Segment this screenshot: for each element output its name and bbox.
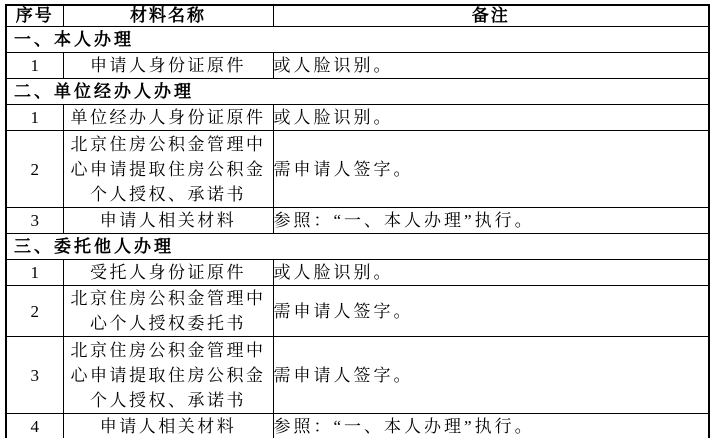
remark-cell: 参照：“一、本人办理”执行。 <box>273 414 709 438</box>
table-row: 4 申请人相关材料 参照：“一、本人办理”执行。 <box>6 414 709 438</box>
header-material-name: 材料名称 <box>63 5 273 27</box>
remark-cell: 参照：“一、本人办理”执行。 <box>273 208 709 234</box>
table-row: 3 北京住房公积金管理中心申请提取住房公积金个人授权、承诺书 需申请人签字。 <box>6 337 709 414</box>
section-header-row-agent: 二、单位经办人办理 <box>6 79 709 105</box>
table-row: 1 单位经办人身份证原件 或人脸识别。 <box>6 105 709 131</box>
table-row: 3 申请人相关材料 参照：“一、本人办理”执行。 <box>6 208 709 234</box>
table-header-row: 序号 材料名称 备注 <box>6 5 709 27</box>
section-title: 一、本人办理 <box>6 27 709 53</box>
remark-cell: 需申请人签字。 <box>273 131 709 208</box>
row-number-cell: 3 <box>6 208 63 234</box>
material-name-cell: 申请人相关材料 <box>63 208 273 234</box>
table-row: 1 申请人身份证原件 或人脸识别。 <box>6 53 709 79</box>
section-header-row-entrust: 三、委托他人办理 <box>6 234 709 260</box>
remark-cell: 需申请人签字。 <box>273 286 709 337</box>
material-name-cell: 受托人身份证原件 <box>63 260 273 286</box>
material-name-cell: 北京住房公积金管理中心申请提取住房公积金个人授权、承诺书 <box>63 337 273 414</box>
remark-cell: 需申请人签字。 <box>273 337 709 414</box>
section-title: 二、单位经办人办理 <box>6 79 709 105</box>
material-name-cell: 申请人相关材料 <box>63 414 273 438</box>
row-number-cell: 2 <box>6 131 63 208</box>
table-row: 2 北京住房公积金管理中心个人授权委托书 需申请人签字。 <box>6 286 709 337</box>
remark-cell: 或人脸识别。 <box>273 53 709 79</box>
row-number-cell: 1 <box>6 105 63 131</box>
material-name-cell: 北京住房公积金管理中心个人授权委托书 <box>63 286 273 337</box>
materials-table: 序号 材料名称 备注 一、本人办理 1 申请人身份证原件 或人脸识别。 二、单位… <box>5 4 710 438</box>
row-number-cell: 3 <box>6 337 63 414</box>
section-title: 三、委托他人办理 <box>6 234 709 260</box>
row-number-cell: 2 <box>6 286 63 337</box>
header-serial-number: 序号 <box>6 5 63 27</box>
material-name-cell: 申请人身份证原件 <box>63 53 273 79</box>
material-name-cell: 北京住房公积金管理中心申请提取住房公积金个人授权、承诺书 <box>63 131 273 208</box>
table-row: 1 受托人身份证原件 或人脸识别。 <box>6 260 709 286</box>
table-row: 2 北京住房公积金管理中心申请提取住房公积金个人授权、承诺书 需申请人签字。 <box>6 131 709 208</box>
header-remark: 备注 <box>273 5 709 27</box>
document-page: 序号 材料名称 备注 一、本人办理 1 申请人身份证原件 或人脸识别。 二、单位… <box>0 0 712 438</box>
section-header-row-self: 一、本人办理 <box>6 27 709 53</box>
remark-cell: 或人脸识别。 <box>273 105 709 131</box>
row-number-cell: 1 <box>6 260 63 286</box>
material-name-cell: 单位经办人身份证原件 <box>63 105 273 131</box>
row-number-cell: 1 <box>6 53 63 79</box>
remark-cell: 或人脸识别。 <box>273 260 709 286</box>
row-number-cell: 4 <box>6 414 63 438</box>
